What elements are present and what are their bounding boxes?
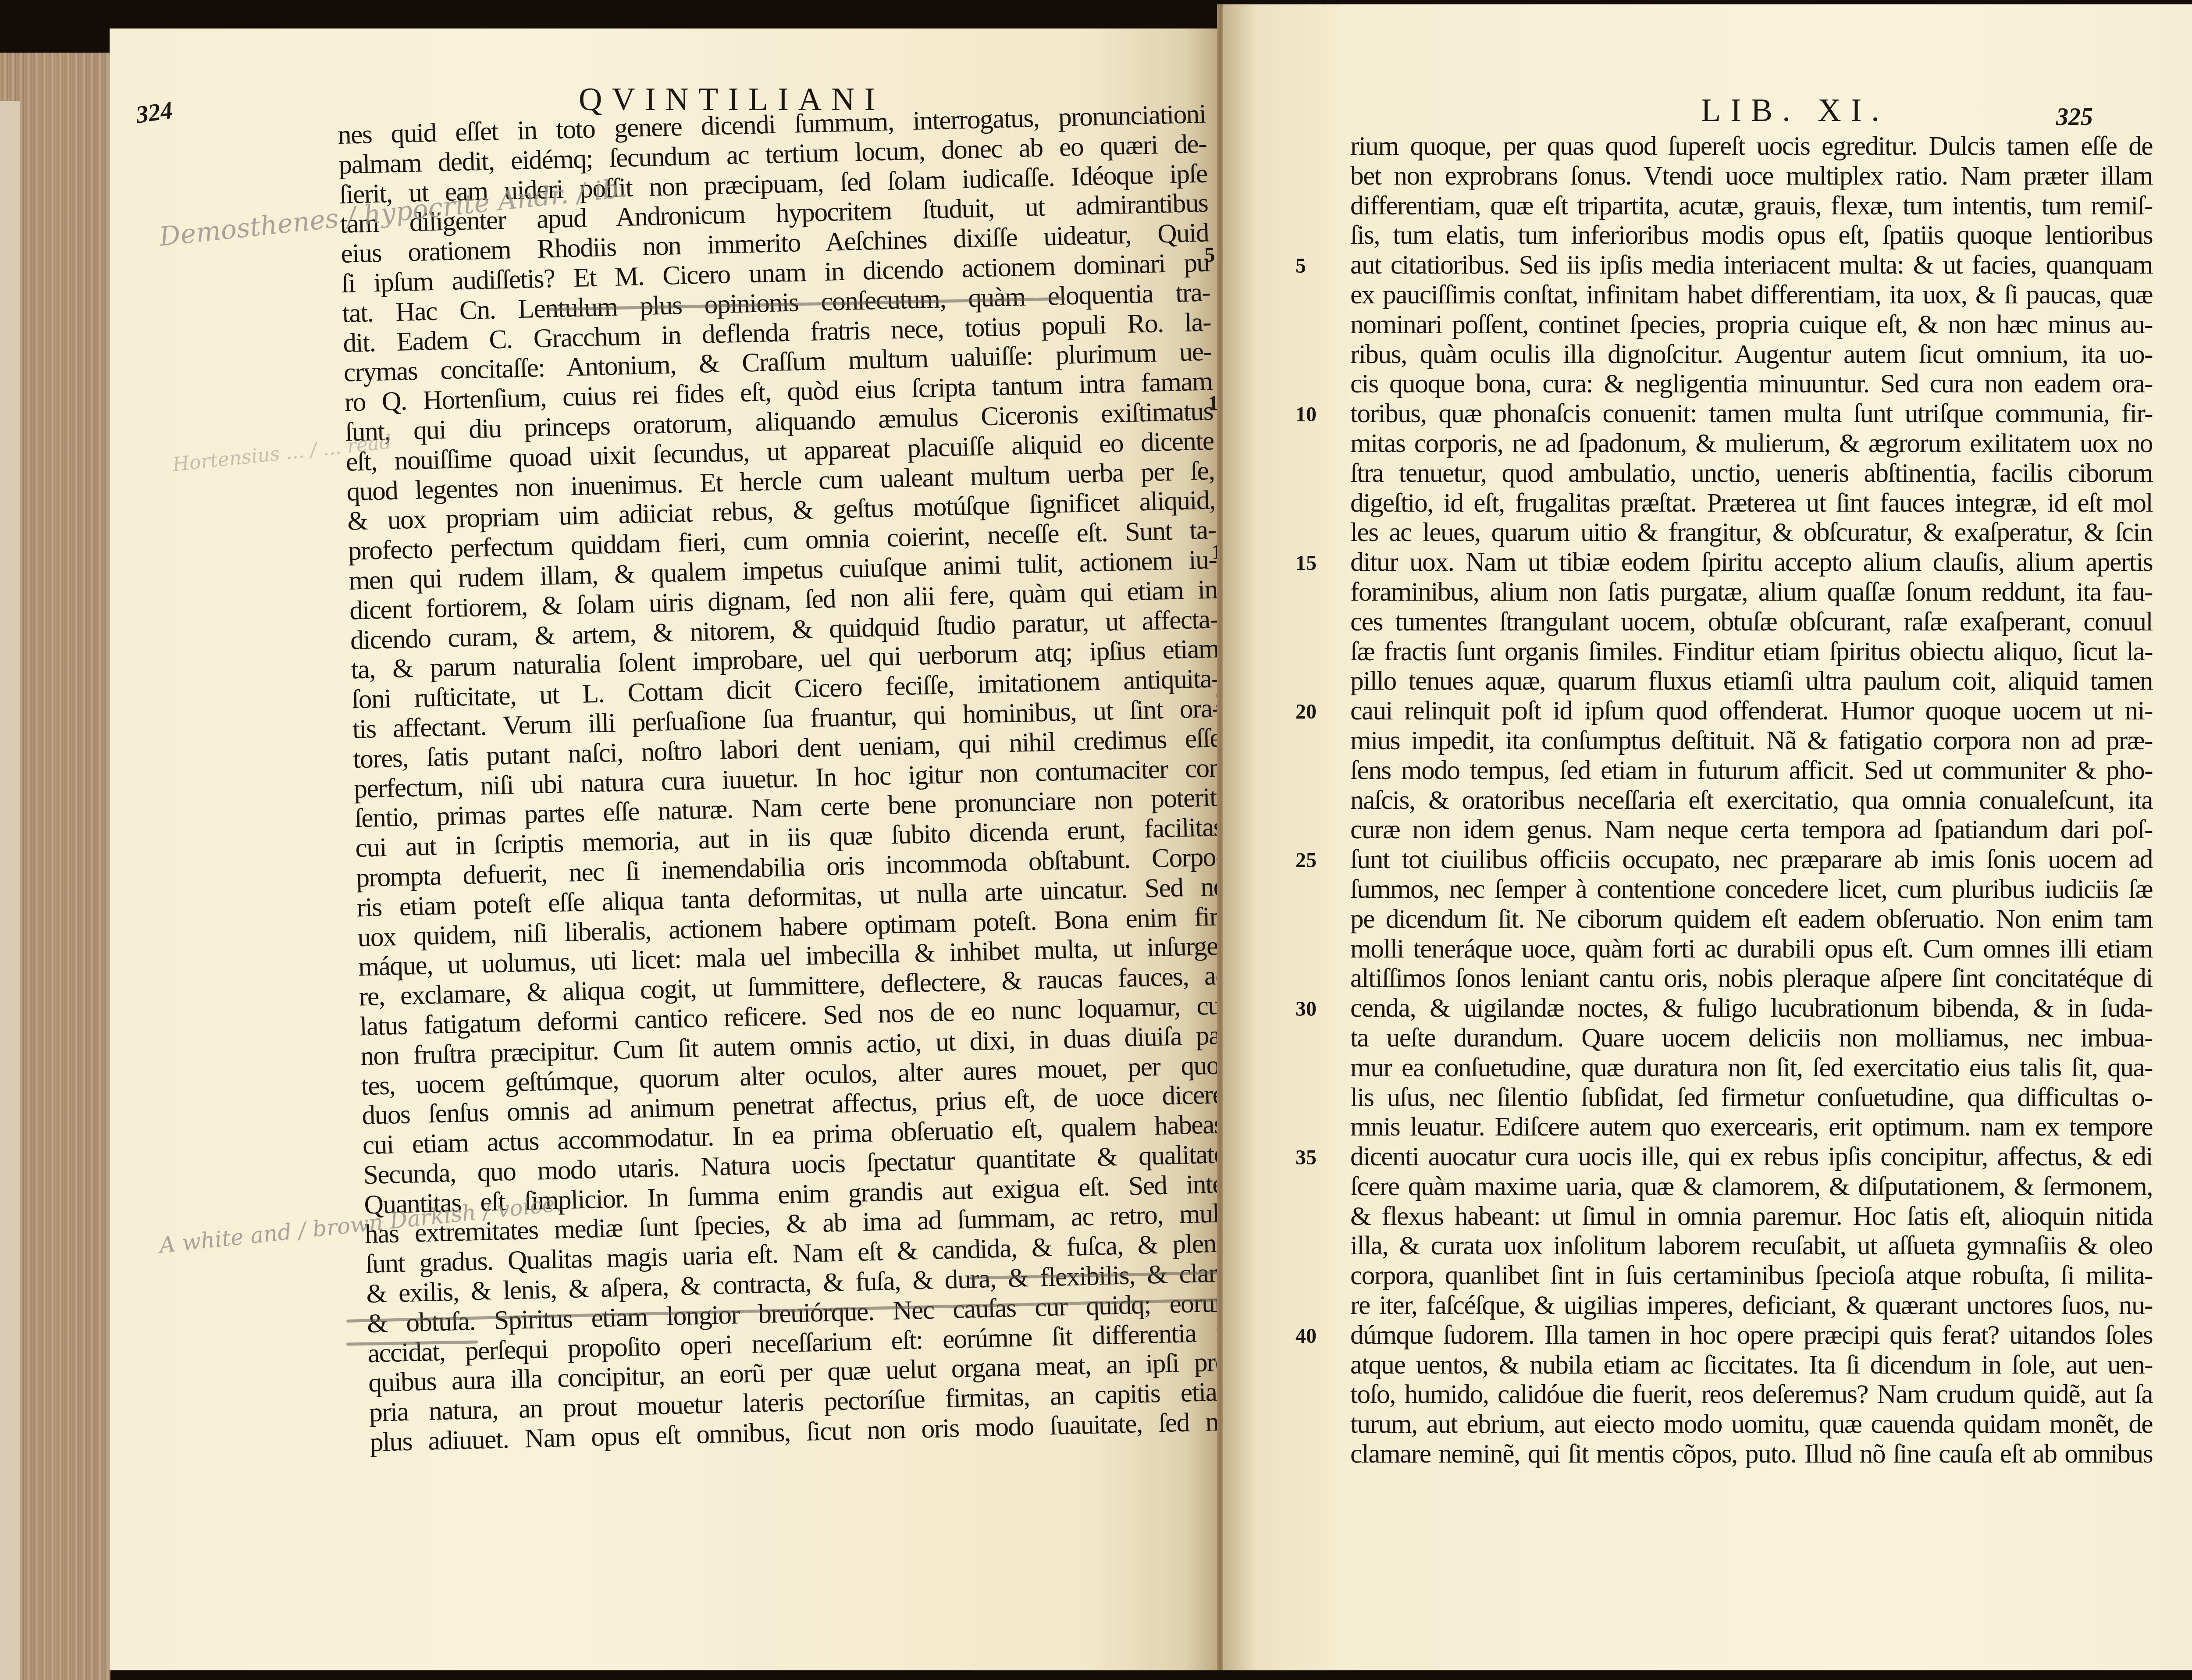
text-line: cis quoque bona, cura: & negligentia min… (1350, 369, 2153, 399)
line-number: 5 (1204, 243, 1215, 267)
text-line: altiſſimos ſonos leniant cantu oris, nob… (1350, 964, 2153, 993)
text-line: lis uſus, nec ſilentio ſubſidat, ſed fir… (1350, 1083, 2153, 1113)
line-number: 5 (1295, 254, 1306, 278)
line-number: 10 (1295, 402, 1317, 427)
text-line: mitas corporis, ne ad ſpadonum, & mulier… (1350, 429, 2153, 459)
text-line: curæ non idem genus. Nam neque certa tem… (1350, 815, 2153, 845)
text-line: ditur uox. Nam ut tibiæ eodem ſpiritu ac… (1350, 548, 2153, 577)
running-head-right: LIB. XI. (1701, 92, 1889, 129)
text-line: dúmque ſudorem. Illa tamen in hoc opere … (1350, 1321, 2153, 1350)
text-line: ſunt tot ciuilibus officiis occupato, ne… (1350, 845, 2153, 875)
text-line: pillo tenues aquæ, quarum fluxus etiamſi… (1350, 666, 2153, 696)
open-book: 324 QVINTILIANI nes quid eſſet in toto g… (0, 0, 2192, 1680)
text-line: atque uentos, & nubila etiam ac ſiccitat… (1350, 1350, 2153, 1380)
page-number-left: 324 (134, 96, 174, 129)
text-line: aut citatioribus. Sed iis ipſis media in… (1350, 250, 2153, 280)
page-number-right: 325 (2056, 103, 2093, 131)
text-line: foraminibus, alium non ſatis purgatæ, al… (1350, 577, 2153, 607)
line-number: 15 (1295, 551, 1317, 575)
text-line: ſens modo tempus, ſed etiam in futurum a… (1350, 756, 2153, 786)
text-line: re iter, faſcéſque, & uigilias imperes, … (1350, 1291, 2153, 1321)
text-line: nominari poſſent, continet ſpecies, prop… (1350, 310, 2153, 340)
line-number: 20 (1295, 700, 1317, 724)
text-line: dicenti auocatur cura uocis ille, qui ex… (1350, 1142, 2153, 1172)
line-number: 25 (1295, 848, 1317, 872)
right-page: LIB. XI. 325 rium quoque, per quas quod … (1223, 4, 2192, 1670)
text-line: rium quoque, per quas quod ſupereſt uoci… (1350, 132, 2153, 161)
text-line: caui relinquit poſt id ipſum quod offend… (1350, 696, 2153, 726)
text-line: illa, & curata uox inſolitum laborem rec… (1350, 1231, 2153, 1261)
line-number: 35 (1295, 1146, 1317, 1170)
text-line: ta ueſte durandum. Quare uocem deliciis … (1350, 1023, 2153, 1053)
text-line: digeſtio, id eſt, frugalitas præſtat. Pr… (1350, 488, 2153, 518)
left-cover-board (0, 101, 20, 1680)
line-number: 30 (1295, 997, 1317, 1021)
left-page: 324 QVINTILIANI nes quid eſſet in toto g… (110, 28, 1219, 1670)
text-line: molli teneráque uoce, quàm forti ac dura… (1350, 934, 2153, 964)
text-line: & flexus habeant: ut ſimul in omnia pare… (1350, 1202, 2153, 1232)
text-line: toribus, quæ phonaſcis conuenit: tamen m… (1350, 399, 2153, 429)
text-line: ces tumentes ſtrangulant uocem, obtuſæ o… (1350, 607, 2153, 637)
line-number: 40 (1295, 1324, 1317, 1348)
text-line: ſummos, nec ſemper à contentione concede… (1350, 875, 2153, 904)
text-line: ſæ fractis ſunt organis ſimiles. Finditu… (1350, 637, 2153, 667)
text-line: naſcis, & oratoribus neceſſaria eſt exer… (1350, 786, 2153, 815)
text-line: ribus, quàm oculis illa dignoſcitur. Aug… (1350, 340, 2153, 370)
right-page-body-text: rium quoque, per quas quod ſupereſt uoci… (1350, 132, 2153, 1469)
text-line: pe dicendum ſit. Ne ciborum quidem eſt e… (1350, 904, 2153, 934)
text-line: ſis, tum elatis, tum inferioribus modis … (1350, 221, 2153, 250)
text-line: cenda, & uigilandæ noctes, & fuligo lucu… (1350, 993, 2153, 1023)
text-line: toſo, humido, calidóue die fuerit, reos … (1350, 1380, 2153, 1409)
text-line: clamare neminẽ, qui ſit mentis cõpos, pu… (1350, 1439, 2153, 1469)
text-line: ex pauciſſimis conſtat, infinitam habet … (1350, 280, 2153, 310)
text-line: corpora, quanlibet ſint in ſuis certamin… (1350, 1261, 2153, 1291)
text-line: les ac leues, quarum uitio & frangitur, … (1350, 518, 2153, 548)
text-line: turum, aut ebrium, aut eiecto modo uomit… (1350, 1409, 2153, 1439)
text-line: bet non exprobrans ſonus. Vtendi uoce mu… (1350, 161, 2153, 191)
text-line: mius impedit, ita conſumptus deſtituit. … (1350, 726, 2153, 756)
text-line: ſcere quàm maxime uaria, quæ & clamorem,… (1350, 1172, 2153, 1202)
text-line: mnis leuatur. Ediſcere autem quo exercea… (1350, 1112, 2153, 1142)
text-line: mur ea conſuetudine, quæ duratura non ſi… (1350, 1053, 2153, 1083)
text-line: differentiam, quæ eſt tripartita, acutæ,… (1350, 191, 2153, 221)
text-line: ſtra tenuetur, quod ambulatio, unctio, u… (1350, 459, 2153, 488)
